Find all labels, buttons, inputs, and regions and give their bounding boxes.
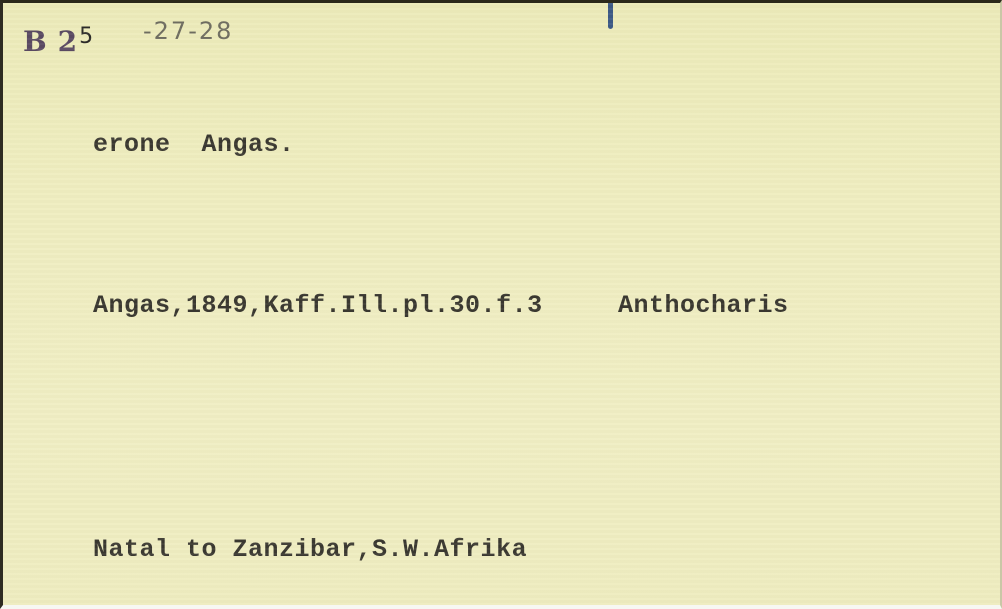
handwritten-note: -27-28	[143, 17, 233, 45]
catalog-stamp: B25	[23, 25, 94, 58]
stamp-letter: B	[23, 25, 48, 58]
species-name-line: erone Angas.	[93, 130, 295, 159]
stamp-number: 2	[58, 25, 78, 58]
stamp-superscript: 5	[79, 24, 94, 49]
reference-citation-line: Angas,1849,Kaff.Ill.pl.30.f.3	[93, 291, 543, 320]
blue-ink-mark	[608, 3, 613, 29]
distribution-line: Natal to Zanzibar,S.W.Afrika	[93, 535, 527, 564]
index-card: B25 -27-28 erone Angas. Angas,1849,Kaff.…	[0, 0, 1002, 609]
original-genus-label: Anthocharis	[618, 291, 789, 320]
